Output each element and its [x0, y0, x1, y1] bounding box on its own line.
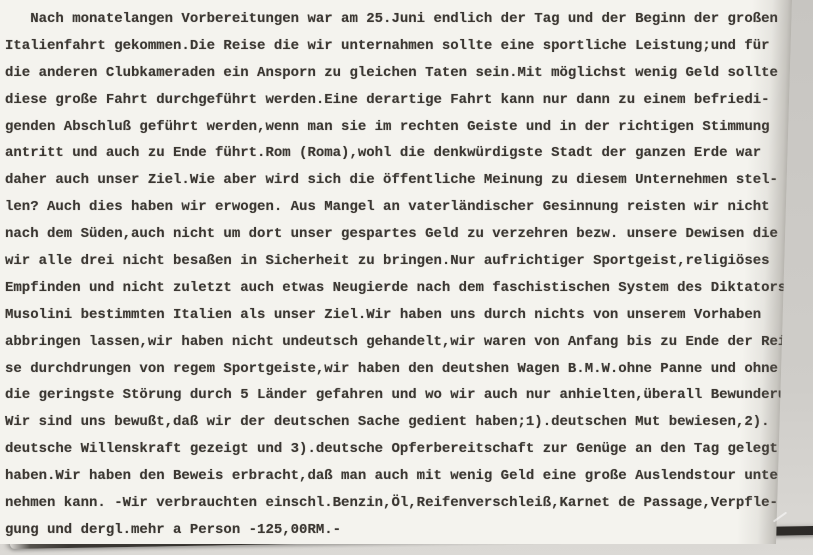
- text-line: Empfinden und nicht zuletzt auch etwas N…: [5, 275, 813, 302]
- text-line: Wir sind uns bewußt,daß wir der deutsche…: [5, 409, 813, 436]
- text-line: die anderen Clubkameraden ein Ansporn zu…: [5, 60, 813, 87]
- text-line: Italienfahrt gekommen.Die Reise die wir …: [5, 33, 813, 60]
- typewritten-text: Nach monatelangen Vorbereitungen war am …: [5, 6, 813, 544]
- text-line: diese große Fahrt durchgeführt werden.Ei…: [5, 87, 813, 114]
- text-line: daher auch unser Ziel.Wie aber wird sich…: [5, 167, 813, 194]
- text-line: haben.Wir haben den Beweis erbracht,daß …: [5, 463, 813, 490]
- text-line: wir alle drei nicht besaßen in Sicherhei…: [5, 248, 813, 275]
- text-line: deutsche Willenskraft gezeigt und 3).deu…: [5, 436, 813, 463]
- text-line: nach dem Süden,auch nicht um dort unser …: [5, 221, 813, 248]
- scanned-document: Nach monatelangen Vorbereitungen war am …: [0, 0, 813, 555]
- document-page: Nach monatelangen Vorbereitungen war am …: [0, 0, 813, 544]
- text-line: Nach monatelangen Vorbereitungen war am …: [5, 6, 813, 33]
- text-line: gung und dergl.mehr a Person -125,00RM.-: [5, 517, 813, 544]
- text-line: nehmen kann. -Wir verbrauchten einschl.B…: [5, 490, 813, 517]
- text-line: Musolini bestimmten Italien als unser Zi…: [5, 302, 813, 329]
- text-line: se durchdrungen von regem Sportgeiste,wi…: [5, 356, 813, 383]
- text-line: len? Auch dies haben wir erwogen. Aus Ma…: [5, 194, 813, 221]
- text-line: antritt und auch zu Ende führt.Rom (Roma…: [5, 140, 813, 167]
- text-line: die geringste Störung durch 5 Länder gef…: [5, 382, 813, 409]
- text-line: genden Abschluß geführt werden,wenn man …: [5, 114, 813, 141]
- text-line: abbringen lassen,wir haben nicht undeuts…: [5, 329, 813, 356]
